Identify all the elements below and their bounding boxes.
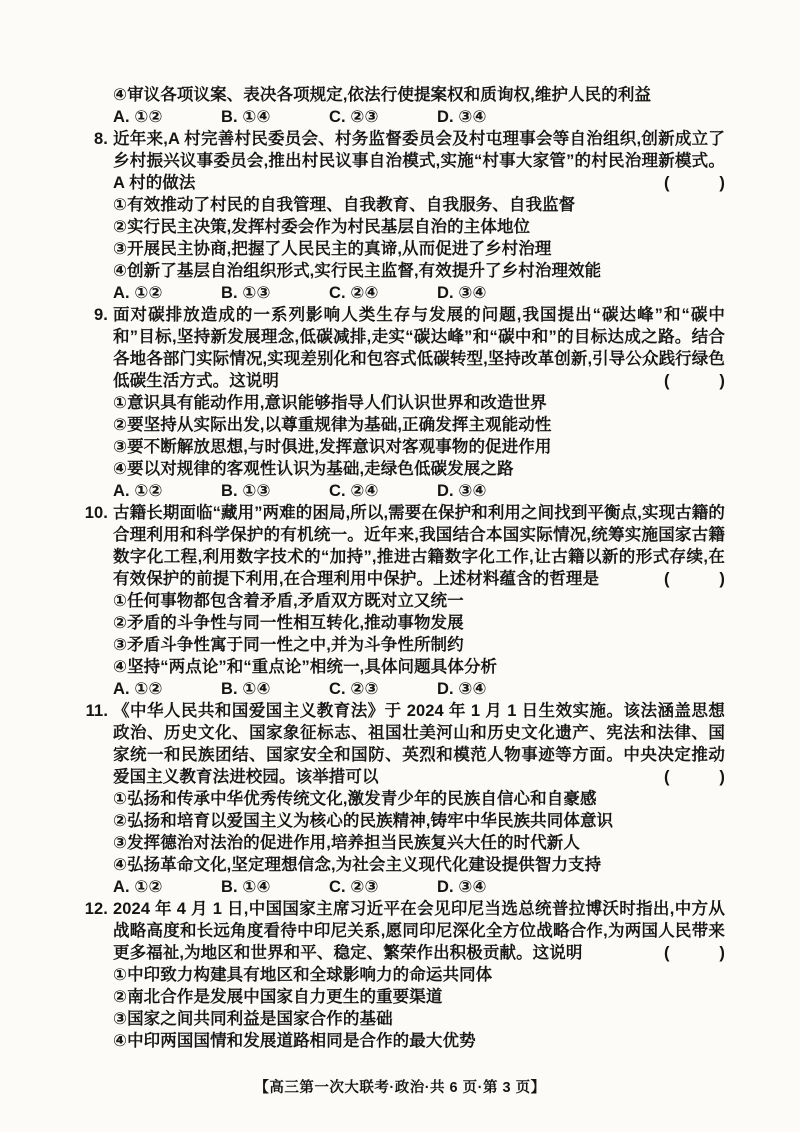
question-8-choice-c: C. ②④ (329, 282, 437, 304)
question-8-choices-row: A. ①② B. ①③ C. ②④ D. ③④ (113, 282, 725, 304)
question-12-option-1: ①中印致力构建具有地区和全球影响力的命运共同体 (113, 964, 725, 986)
exam-content: ④审议各项议案、表决各项规定,依法行使提案权和质询权,维护人民的利益 A. ①②… (113, 84, 725, 1052)
question-7-choice-a: A. ①② (113, 106, 221, 128)
question-9-option-1: ①意识具有能动作用,意识能够指导人们认识世界和改造世界 (113, 392, 725, 414)
question-9-option-4: ④要以对规律的客观性认识为基础,走绿色低碳发展之路 (113, 458, 725, 480)
question-9-stem: 9.面对碳排放造成的一系列影响人类生存与发展的问题,我国提出“碳达峰”和“碳中和… (113, 304, 725, 392)
question-11-option-1: ①弘扬和传承中华优秀传统文化,激发青少年的民族自信心和自豪感 (113, 788, 725, 810)
question-11-answer-bracket: ( ) (664, 766, 725, 788)
question-12-option-4: ④中印两国国情和发展道路相同是合作的最大优势 (113, 1030, 725, 1052)
question-9-option-3: ③要不断解放思想,与时俱进,发挥意识对客观事物的促进作用 (113, 436, 725, 458)
question-9-choice-a: A. ①② (113, 480, 221, 502)
question-7-option-4: ④审议各项议案、表决各项规定,依法行使提案权和质询权,维护人民的利益 (113, 84, 725, 106)
question-8-option-4: ④创新了基层自治组织形式,实行民主监督,有效提升了乡村治理效能 (113, 260, 725, 282)
question-7-choice-c: C. ②③ (329, 106, 437, 128)
question-11-choice-b: B. ①④ (221, 876, 329, 898)
question-11-choices-row: A. ①② B. ①④ C. ②③ D. ③④ (113, 876, 725, 898)
question-11-choice-c: C. ②③ (329, 876, 437, 898)
question-12-option-2: ②南北合作是发展中国家自力更生的重要渠道 (113, 986, 725, 1008)
question-8-option-3: ③开展民主协商,把握了人民民主的真谛,从而促进了乡村治理 (113, 238, 725, 260)
question-9-answer-bracket: ( ) (664, 370, 725, 392)
question-10-choice-b: B. ①④ (221, 678, 329, 700)
question-10-choices-row: A. ①② B. ①④ C. ②③ D. ③④ (113, 678, 725, 700)
question-10-option-2: ②矛盾的斗争性与同一性相互转化,推动事物发展 (113, 612, 725, 634)
question-10-choice-d: D. ③④ (437, 678, 487, 700)
question-7-choice-b: B. ①④ (221, 106, 329, 128)
question-10-option-3: ③矛盾斗争性寓于同一性之中,并为斗争性所制约 (113, 634, 725, 656)
question-7-choices-row: A. ①② B. ①④ C. ②③ D. ③④ (113, 106, 725, 128)
question-11-stem-text: 《中华人民共和国爱国主义教育法》于 2024 年 1 月 1 日生效实施。该法涵… (113, 702, 725, 786)
question-9-choice-c: C. ②④ (329, 480, 437, 502)
question-11-option-3: ③发挥德治对法治的促进作用,培养担当民族复兴大任的时代新人 (113, 832, 725, 854)
question-11-option-2: ②弘扬和培育以爱国主义为核心的民族精神,铸牢中华民族共同体意识 (113, 810, 725, 832)
question-10-stem: 10.古籍长期面临“藏用”两难的困局,所以,需要在保护和利用之间找到平衡点,实现… (113, 502, 725, 590)
question-10-option-4: ④坚持“两点论”和“重点论”相统一,具体问题具体分析 (113, 656, 725, 678)
question-11-choice-d: D. ③④ (437, 876, 487, 898)
question-8-choice-d: D. ③④ (437, 282, 487, 304)
question-8-answer-bracket: ( ) (664, 172, 725, 194)
question-9-choices-row: A. ①② B. ①③ C. ②④ D. ③④ (113, 480, 725, 502)
question-12-answer-bracket: ( ) (664, 942, 725, 964)
question-12-option-3: ③国家之间共同利益是国家合作的基础 (113, 1008, 725, 1030)
question-10-choice-c: C. ②③ (329, 678, 437, 700)
question-9-number: 9. (94, 304, 108, 326)
question-8-stem-text: 近年来,A 村完善村民委员会、村务监督委员会及村屯理事会等自治组织,创新成立了乡… (113, 130, 725, 192)
question-11-choice-a: A. ①② (113, 876, 221, 898)
question-9-option-2: ②要坚持从实际出发,以尊重规律为基础,正确发挥主观能动性 (113, 414, 725, 436)
question-10-choice-a: A. ①② (113, 678, 221, 700)
question-10-answer-bracket: ( ) (664, 568, 725, 590)
question-9-stem-text: 面对碳排放造成的一系列影响人类生存与发展的问题,我国提出“碳达峰”和“碳中和”目… (113, 306, 725, 390)
question-7-choice-d: D. ③④ (437, 106, 487, 128)
question-12-stem-text: 2024 年 4 月 1 日,中国国家主席习近平在会见印尼当选总统普拉博沃时指出… (113, 900, 725, 962)
question-8-option-1: ①有效推动了村民的自我管理、自我教育、自我服务、自我监督 (113, 194, 725, 216)
question-9-choice-d: D. ③④ (437, 480, 487, 502)
question-8-choice-b: B. ①③ (221, 282, 329, 304)
question-8-stem: 8.近年来,A 村完善村民委员会、村务监督委员会及村屯理事会等自治组织,创新成立… (113, 128, 725, 194)
question-10-number: 10. (85, 502, 108, 524)
page-footer: 【高三第一次大联考·政治·共 6 页·第 3 页】 (0, 1076, 800, 1097)
question-8-choice-a: A. ①② (113, 282, 221, 304)
question-10-stem-text: 古籍长期面临“藏用”两难的困局,所以,需要在保护和利用之间找到平衡点,实现古籍的… (113, 504, 725, 588)
exam-page: ④审议各项议案、表决各项规定,依法行使提案权和质询权,维护人民的利益 A. ①②… (0, 0, 800, 1132)
question-8-option-2: ②实行民主决策,发挥村委会作为村民基层自治的主体地位 (113, 216, 725, 238)
question-11-stem: 11.《中华人民共和国爱国主义教育法》于 2024 年 1 月 1 日生效实施。… (113, 700, 725, 788)
question-12-number: 12. (85, 898, 108, 920)
question-9-choice-b: B. ①③ (221, 480, 329, 502)
question-11-option-4: ④弘扬革命文化,坚定理想信念,为社会主义现代化建设提供智力支持 (113, 854, 725, 876)
question-11-number: 11. (86, 700, 108, 722)
question-10-option-1: ①任何事物都包含着矛盾,矛盾双方既对立又统一 (113, 590, 725, 612)
question-8-number: 8. (94, 128, 108, 150)
question-12-stem: 12.2024 年 4 月 1 日,中国国家主席习近平在会见印尼当选总统普拉博沃… (113, 898, 725, 964)
